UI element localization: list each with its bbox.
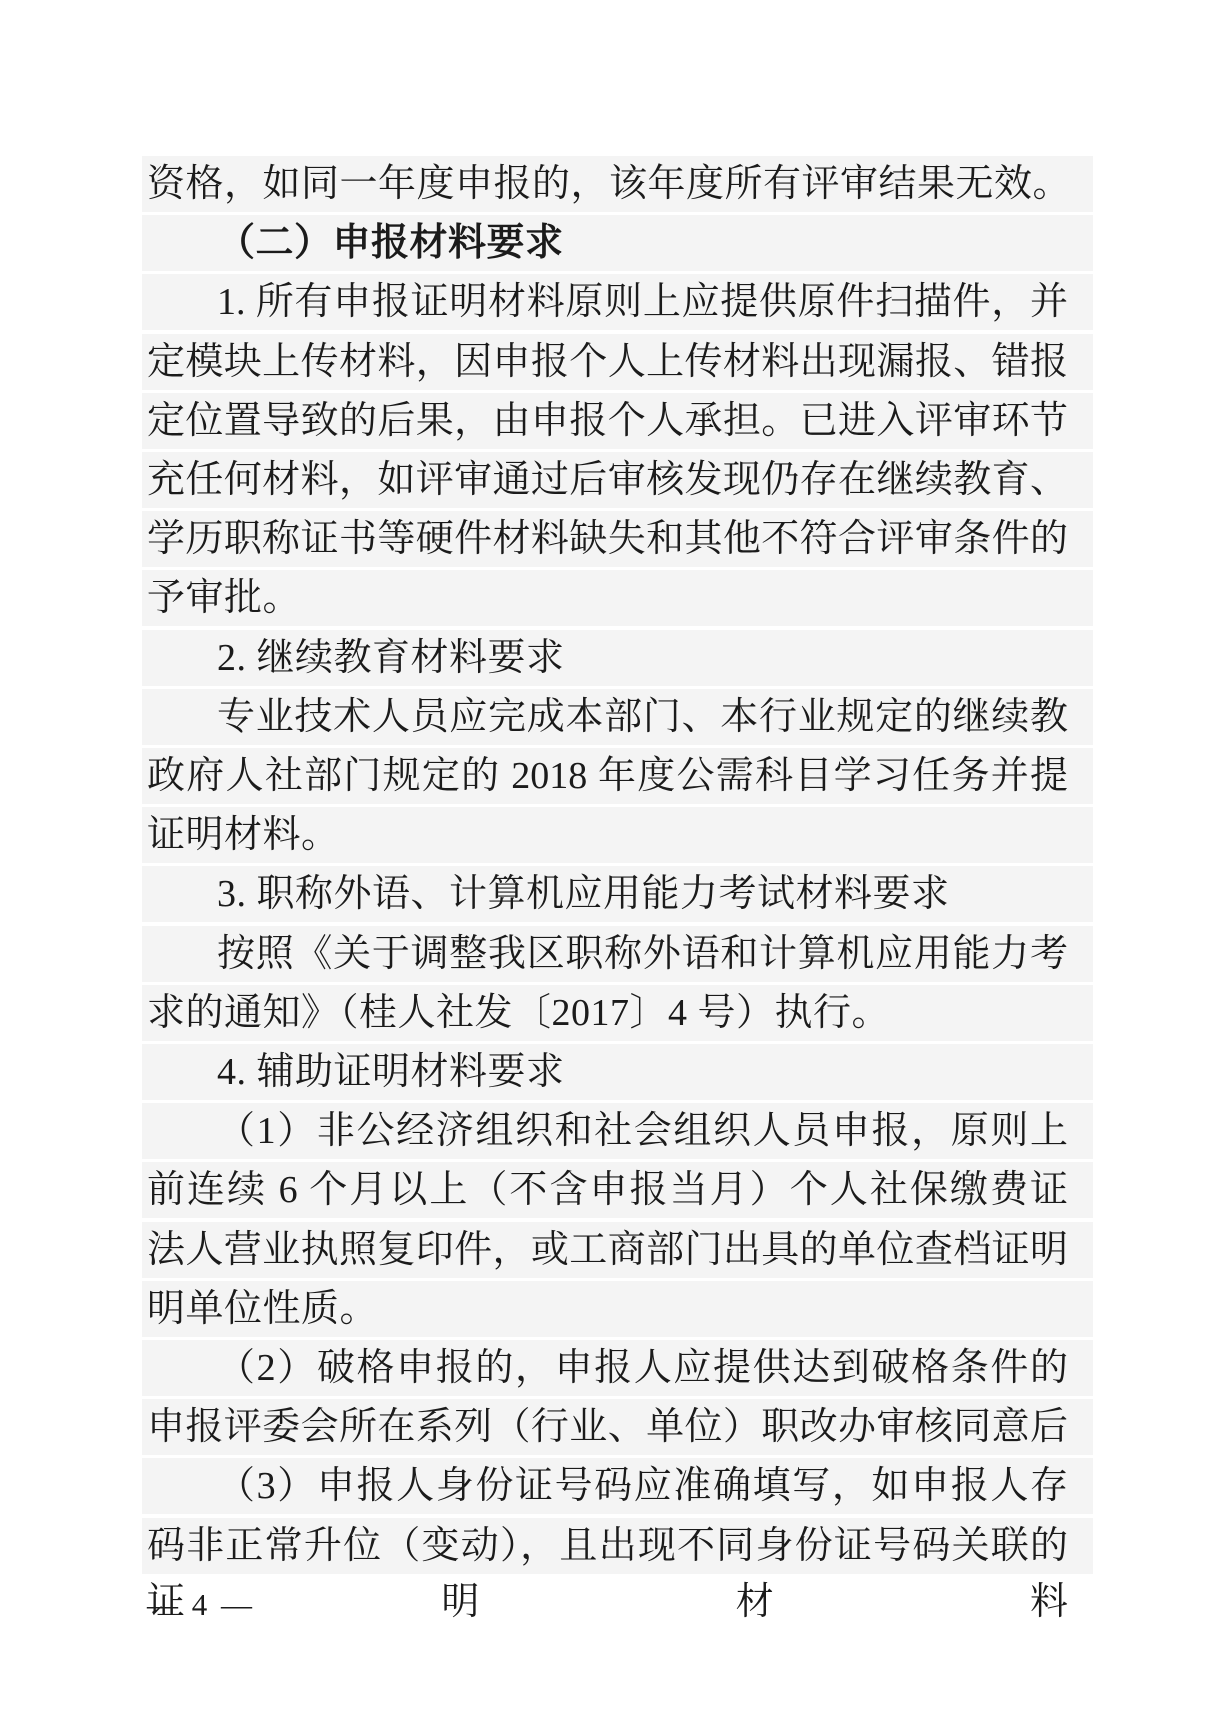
page-number: — 4 —	[147, 1577, 255, 1633]
text-line: 专业技术人员应完成本部门、本行业规定的继续教育任务和	[142, 689, 1093, 745]
text-line: 定模块上传材料，因申报个人上传材料出现漏报、错报或未放指	[142, 334, 1093, 390]
text-line: 充任何材料，如评审通过后审核发现仍存在继续教育、重新确认、	[142, 452, 1093, 508]
text-line: 资格，如同一年度申报的，该年度所有评审结果无效。	[142, 156, 1093, 212]
text-line: 证明材料。	[142, 807, 1093, 863]
text-line: 3. 职称外语、计算机应用能力考试材料要求	[142, 866, 1093, 922]
text-line: 按照《关于调整我区职称外语和计算机应用能力考试有关要	[142, 926, 1093, 982]
text-line: 求的通知》（桂人社发〔2017〕4 号）执行。	[142, 985, 1093, 1041]
document-page: 资格，如同一年度申报的，该年度所有评审结果无效。（二）申报材料要求1. 所有申报…	[0, 0, 1215, 1719]
text-line: 政府人社部门规定的 2018 年度公需科目学习任务并提供相关合格	[142, 748, 1093, 804]
text-line: 4. 辅助证明材料要求	[142, 1044, 1093, 1100]
text-line: 予审批。	[142, 570, 1093, 626]
text-line: 码非正常升位（变动），且出现不同身份证号码关联的证明材料	[142, 1518, 1093, 1574]
text-line: 明单位性质。	[142, 1281, 1093, 1337]
text-line: 前连续 6 个月以上（不含申报当月）个人社保缴费证明，并提供	[142, 1162, 1093, 1218]
text-line: （1）非公经济组织和社会组织人员申报，原则上应提供申报	[142, 1103, 1093, 1159]
text-line: 法人营业执照复印件，或工商部门出具的单位查档证明材料，证	[142, 1222, 1093, 1278]
text-line: （2）破格申报的，申报人应提供达到破格条件的证明材料经	[142, 1340, 1093, 1396]
text-line: 学历职称证书等硬件材料缺失和其他不符合评审条件的情况，不	[142, 511, 1093, 567]
text-line: 定位置导致的后果，由申报个人承担。已进入评审环节不允许补	[142, 393, 1093, 449]
text-line: （3）申报人身份证号码应准确填写，如申报人存在身份证号	[142, 1458, 1093, 1514]
text-line: 申报评委会所在系列（行业、单位）职改办审核同意后方可评审。	[142, 1399, 1093, 1455]
text-line: 1. 所有申报证明材料原则上应提供原件扫描件，并按系统规	[142, 274, 1093, 330]
section-heading: （二）申报材料要求	[142, 215, 1093, 271]
text-line: 2. 继续教育材料要求	[142, 630, 1093, 686]
document-body: 资格，如同一年度申报的，该年度所有评审结果无效。（二）申报材料要求1. 所有申报…	[0, 0, 1215, 1719]
